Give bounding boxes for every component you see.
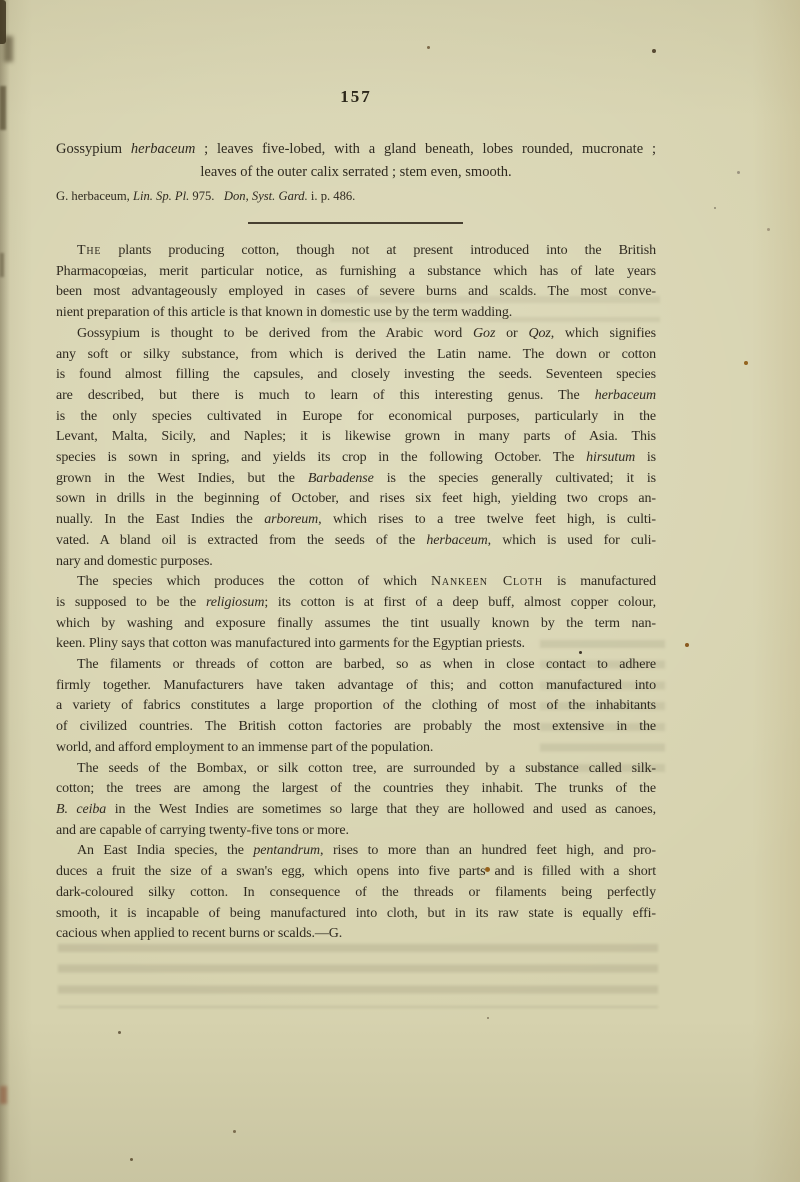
text-run: species is sown in spring, and yields it… (56, 450, 586, 465)
text-run: cotton; the trees are among the largest … (56, 781, 656, 796)
text-line: keen. Pliny says that cotton was manufac… (56, 634, 656, 655)
text-line: are described, but there is much to lear… (56, 386, 656, 407)
foxing-speck (714, 207, 716, 209)
foxing-speck (737, 171, 740, 174)
text-run: ; leaves five-lobed, with a gland beneat… (195, 141, 656, 157)
text-run: keen. Pliny says that cotton was manufac… (56, 636, 525, 651)
text-run: and are capable of carrying twenty-five … (56, 823, 349, 838)
text-run: The species which produces the cotton of… (77, 574, 431, 589)
text-run: G. herbaceum, (56, 189, 133, 203)
text-line: sown in drills in the beginning of Octob… (56, 489, 656, 510)
foxing-speck (487, 1017, 489, 1019)
text-run: nary and domestic purposes. (56, 554, 213, 569)
text-run: cacious when applied to recent burns or … (56, 926, 342, 941)
species-heading-line2: leaves of the outer calix serrated ; ste… (56, 164, 656, 181)
text-line: nary and domestic purposes. (56, 552, 656, 573)
text-line: nient preparation of this article is tha… (56, 303, 656, 324)
text-run: is supposed to be the (56, 595, 206, 610)
italic-text-run: herbaceum (426, 533, 487, 548)
text-line: a variety of fabrics constitutes a large… (56, 696, 656, 717)
foxing-speck (579, 651, 582, 654)
text-run: is manufactured (543, 574, 656, 589)
text-run: nually. In the East Indies the (56, 512, 264, 527)
synonym-citation: G. herbaceum, Lin. Sp. Pl. 975. Don, Sys… (56, 189, 656, 204)
italic-text-run: herbaceum (131, 141, 195, 157)
text-run: Gossypium is thought to be derived from … (77, 326, 473, 341)
text-line: Levant, Malta, Sicily, and Naples; it is… (56, 427, 656, 448)
text-run: 975. (189, 189, 224, 203)
text-run: , which signifies (551, 326, 656, 341)
foxing-speck (86, 273, 88, 275)
text-line: firmly together. Manufacturers have take… (56, 676, 656, 697)
text-line: cotton; the trees are among the largest … (56, 779, 656, 800)
italic-text-run: hirsutum (586, 450, 635, 465)
text-run: vated. A bland oil is extracted from the… (56, 533, 426, 548)
paragraph: The seeds of the Bombax, or silk cotton … (56, 759, 656, 842)
text-line: is supposed to be the religiosum; its co… (56, 593, 656, 614)
text-run: a variety of fabrics constitutes a large… (56, 698, 656, 713)
foxing-speck (685, 643, 689, 647)
text-run: Pharmacopœias, merit particular notice, … (56, 264, 656, 279)
page-edge-smudge (4, 36, 13, 62)
page-edge-mark (0, 86, 6, 130)
text-run: nient preparation of this article is tha… (56, 305, 512, 320)
text-run: An East India species, the (77, 843, 253, 858)
text-line: B. ceiba in the West Indies are sometime… (56, 800, 656, 821)
text-run: or (495, 326, 528, 341)
foxing-speck (118, 1031, 121, 1034)
text-line: The plants producing cotton, though not … (56, 241, 656, 262)
italic-text-run: arboreum (264, 512, 318, 527)
text-line: and are capable of carrying twenty-five … (56, 821, 656, 842)
foxing-speck (427, 46, 430, 49)
text-line: is found almost filling the capsules, an… (56, 365, 656, 386)
page-edge-mark (0, 253, 4, 277)
divider-rule (248, 222, 463, 224)
italic-text-run: Goz (473, 326, 495, 341)
text-run: dark-coloured silky cotton. In consequen… (56, 885, 656, 900)
text-run: Gossypium (56, 141, 131, 157)
paragraph: The filaments or threads of cotton are b… (56, 655, 656, 759)
text-line: of civilized countries. The British cott… (56, 717, 656, 738)
text-run: , which is used for culi- (488, 533, 656, 548)
text-line: nually. In the East Indies the arboreum,… (56, 510, 656, 531)
text-line: dark-coloured silky cotton. In consequen… (56, 883, 656, 904)
text-line: world, and afford employment to an immen… (56, 738, 656, 759)
text-line: smooth, it is incapable of being manufac… (56, 904, 656, 925)
text-line: is the only species cultivated in Europe… (56, 407, 656, 428)
page-edge-mark (0, 1086, 7, 1104)
foxing-speck (130, 1158, 133, 1161)
text-run: in the West Indies are sometimes so larg… (106, 802, 656, 817)
text-run: been most advantageously employed in cas… (56, 284, 656, 299)
text-run: any soft or silky substance, from which … (56, 347, 656, 362)
text-run: The filaments or threads of cotton are b… (77, 657, 656, 672)
paragraph: Gossypium is thought to be derived from … (56, 324, 656, 572)
text-line: The species which produces the cotton of… (56, 572, 656, 593)
small-caps-text-run: Nankeen Cloth (431, 574, 543, 589)
text-run: grown in the West Indies, but the (56, 471, 308, 486)
italic-text-run: pentandrum (253, 843, 320, 858)
text-run: of civilized countries. The British cott… (56, 719, 656, 734)
text-line: duces a fruit the size of a swan's egg, … (56, 862, 656, 883)
italic-text-run: Lin. Sp. Pl. (133, 189, 189, 203)
text-run: i. p. 486. (308, 189, 356, 203)
italic-text-run: religiosum (206, 595, 264, 610)
text-run: , which rises to a tree twelve feet high… (318, 512, 656, 527)
text-line: vated. A bland oil is extracted from the… (56, 531, 656, 552)
text-line: which by washing and exposure finally as… (56, 614, 656, 635)
italic-text-run: B. ceiba (56, 802, 106, 817)
text-run: Levant, Malta, Sicily, and Naples; it is… (56, 429, 656, 444)
foxing-speck (485, 867, 490, 872)
text-run: plants producing cotton, though not at p… (101, 243, 656, 258)
text-run: The seeds of the Bombax, or silk cotton … (77, 761, 656, 776)
text-run: , rises to more than an hundred feet hig… (320, 843, 656, 858)
text-run: sown in drills in the beginning of Octob… (56, 491, 656, 506)
text-run: are described, but there is much to lear… (56, 388, 595, 403)
foxing-speck (767, 228, 770, 231)
foxing-speck (233, 1130, 236, 1133)
text-line: grown in the West Indies, but the Barbad… (56, 469, 656, 490)
page-edge-shadow-left (0, 0, 10, 1182)
italic-text-run: Qoz (528, 326, 550, 341)
text-run: ; its cotton is at first of a deep buff,… (264, 595, 656, 610)
foxing-speck (744, 361, 748, 365)
paragraph: An East India species, the pentandrum, r… (56, 841, 656, 945)
text-line: species is sown in spring, and yields it… (56, 448, 656, 469)
text-line: The seeds of the Bombax, or silk cotton … (56, 759, 656, 780)
body-text: The plants producing cotton, though not … (56, 241, 656, 945)
paragraph: The plants producing cotton, though not … (56, 241, 656, 324)
text-run: is the only species cultivated in Europe… (56, 409, 656, 424)
text-line: been most advantageously employed in cas… (56, 282, 656, 303)
text-line: cacious when applied to recent burns or … (56, 924, 656, 945)
italic-text-run: herbaceum (595, 388, 656, 403)
text-run: firmly together. Manufacturers have take… (56, 678, 656, 693)
bleedthrough-text (58, 944, 658, 1008)
text-run: smooth, it is incapable of being manufac… (56, 906, 656, 921)
small-caps-text-run: The (77, 243, 101, 258)
text-line: any soft or silky substance, from which … (56, 345, 656, 366)
page-number: 157 (56, 87, 656, 107)
text-run: is (635, 450, 656, 465)
text-run: is the species generally cultivated; it … (374, 471, 656, 486)
book-page: 157 Gossypium herbaceum ; leaves five-lo… (0, 0, 800, 1182)
foxing-speck (652, 49, 656, 53)
paragraph: The species which produces the cotton of… (56, 572, 656, 655)
text-line: Gossypium is thought to be derived from … (56, 324, 656, 345)
italic-text-run: Barbadense (308, 471, 374, 486)
text-run: duces a fruit the size of a swan's egg, … (56, 864, 656, 879)
text-line: The filaments or threads of cotton are b… (56, 655, 656, 676)
text-run: is found almost filling the capsules, an… (56, 367, 656, 382)
species-heading-line1: Gossypium herbaceum ; leaves five-lobed,… (56, 141, 656, 158)
text-run: world, and afford employment to an immen… (56, 740, 433, 755)
text-run: which by washing and exposure finally as… (56, 616, 656, 631)
text-line: An East India species, the pentandrum, r… (56, 841, 656, 862)
italic-text-run: Don, Syst. Gard. (224, 189, 308, 203)
text-line: Pharmacopœias, merit particular notice, … (56, 262, 656, 283)
